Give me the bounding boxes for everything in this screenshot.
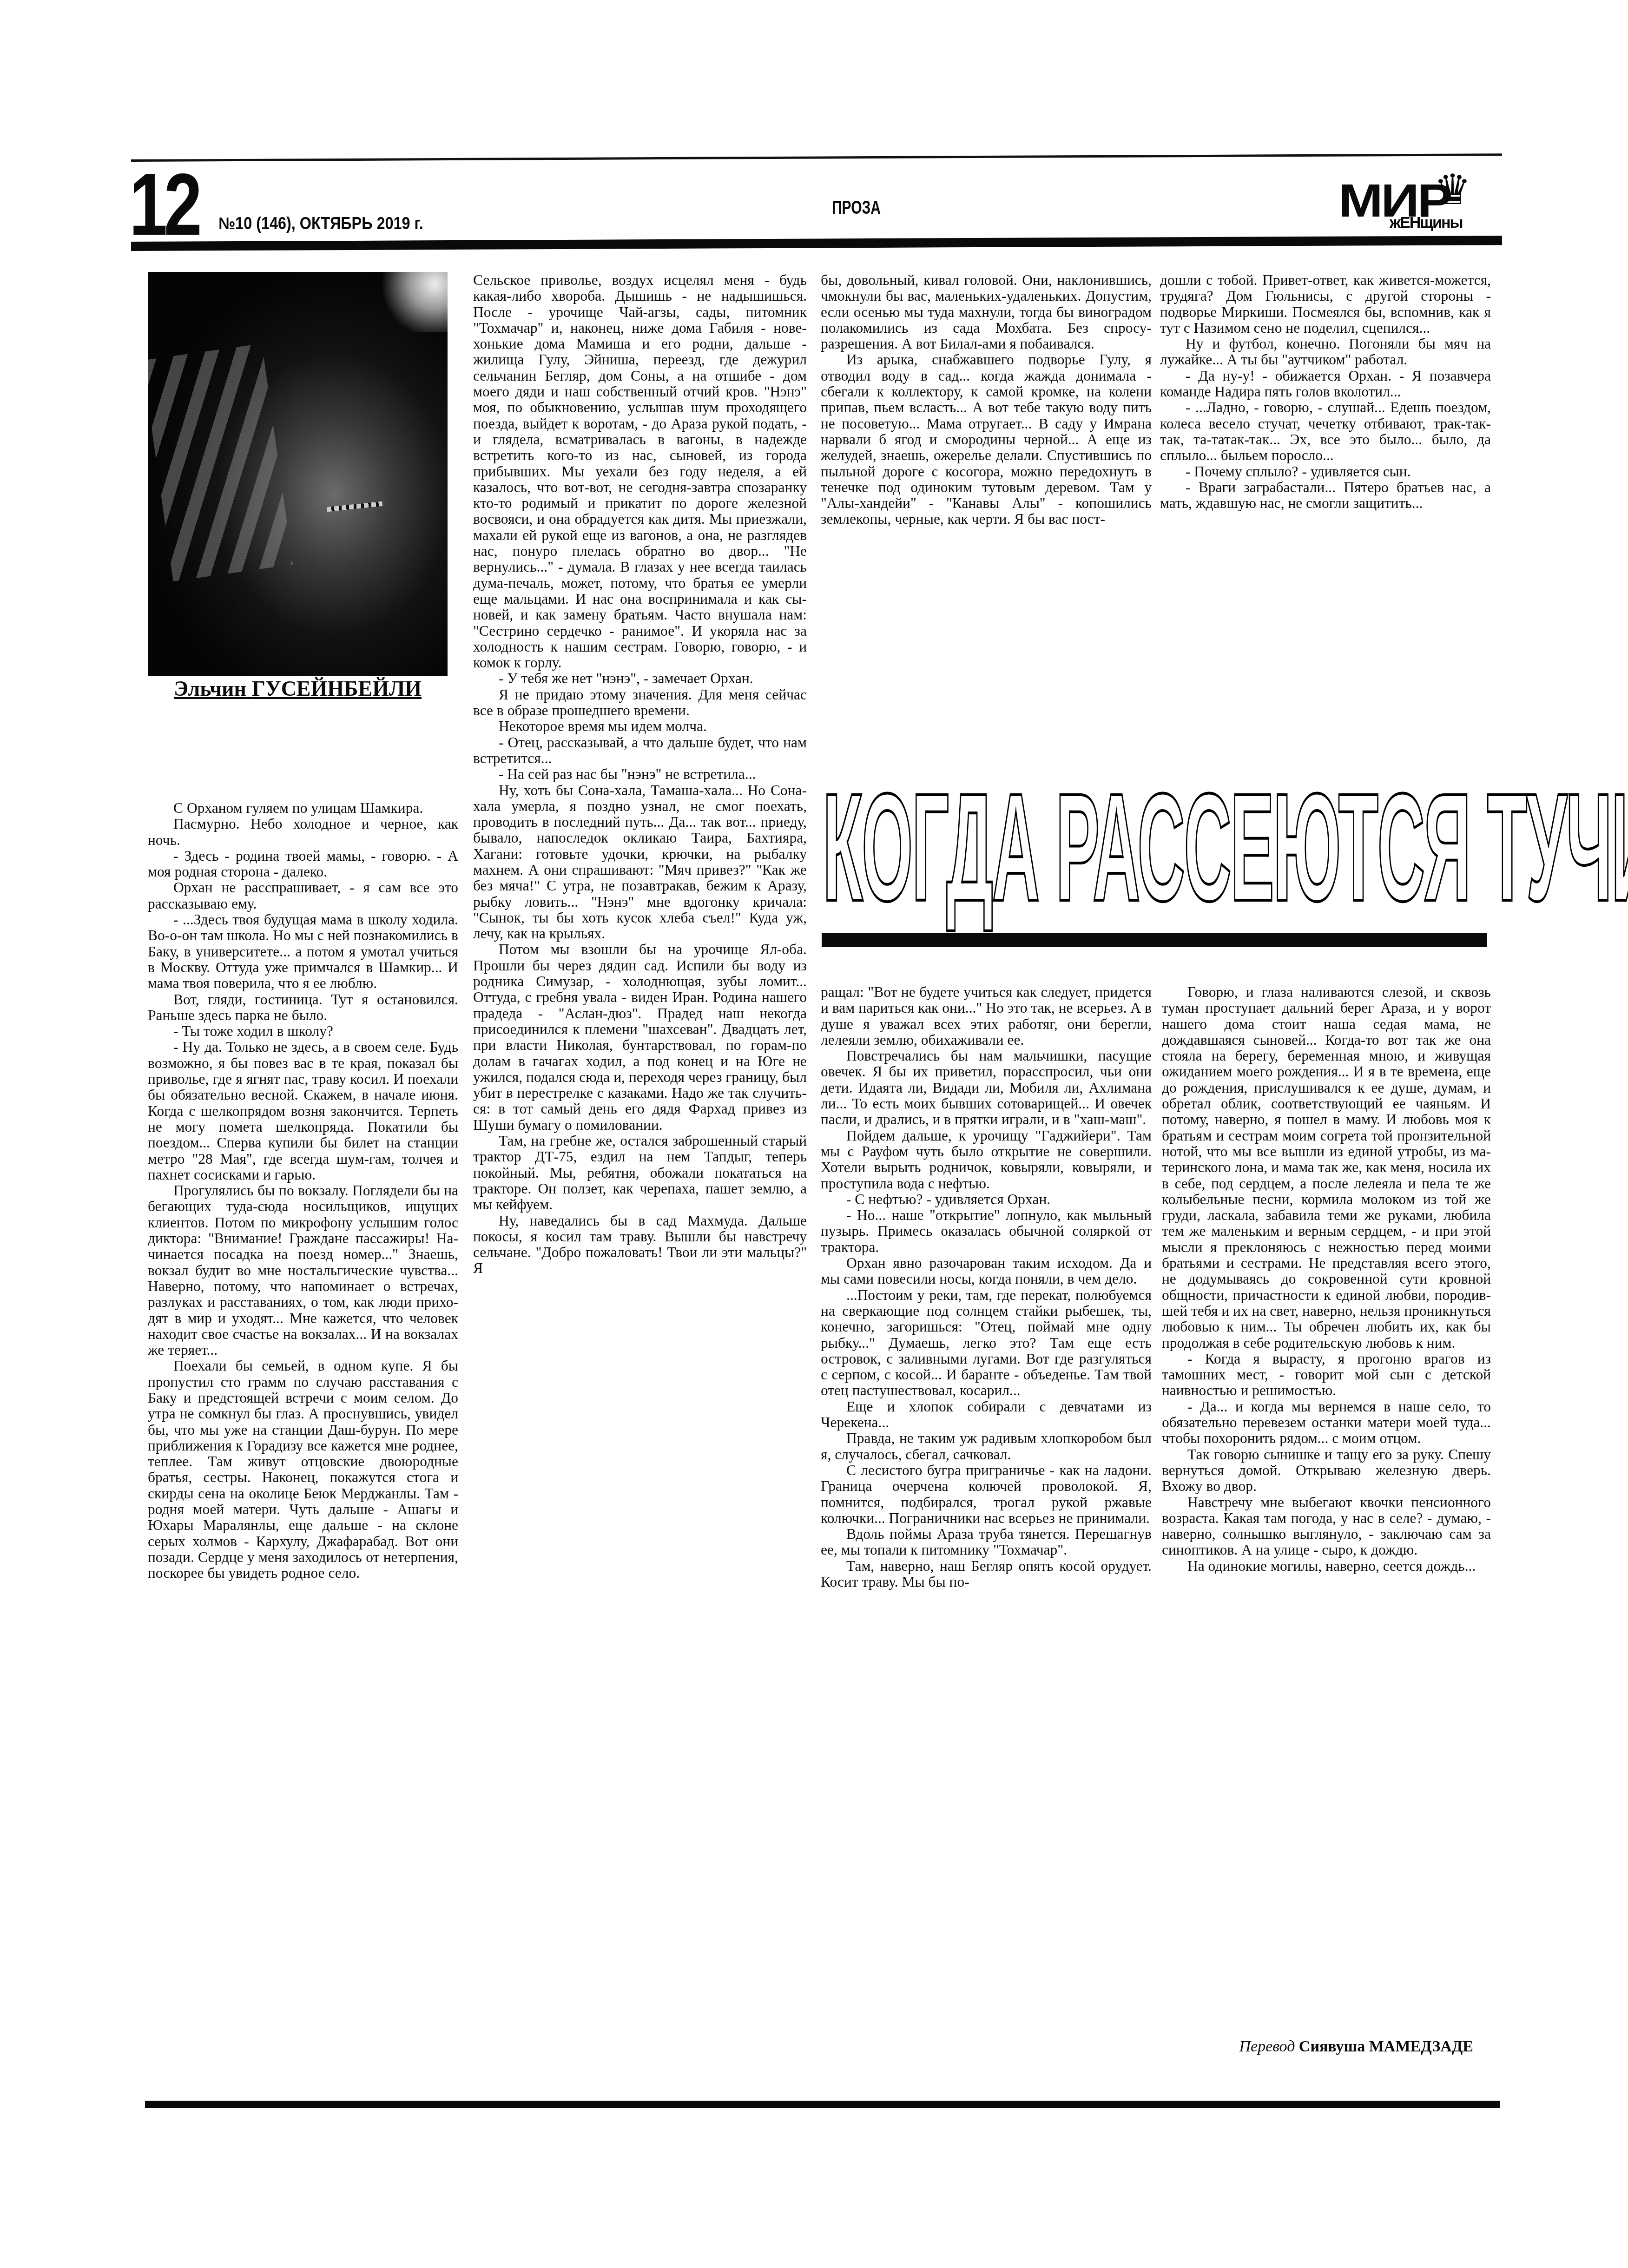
- paragraph: бы, довольный, кивал головой. Они, накло…: [821, 272, 1152, 352]
- paragraph: - У тебя же нет "нэнэ", - замечает Орхан…: [473, 671, 807, 686]
- issue-info: №10 (146), ОКТЯБРЬ 2019 г.: [218, 214, 423, 233]
- author-last-name: ГУСЕЙНБЕЙЛИ: [252, 677, 422, 700]
- paragraph: Вот, гляди, гостиница. Тут я остано­вилс…: [148, 992, 458, 1024]
- author-photo: [148, 272, 448, 676]
- paragraph: Ну и футбол, конечно. Погоняли бы мяч на…: [1160, 336, 1491, 368]
- paragraph: Я не придаю этому значения. Для меня сей…: [473, 687, 807, 719]
- paragraph: Потом мы взошли бы на урочище Ял-оба. Пр…: [473, 942, 807, 1133]
- translator-role: Перевод: [1239, 2038, 1295, 2055]
- paragraph: Говорю, и глаза наливаются слезой, и скв…: [1162, 984, 1491, 1351]
- paragraph: - С нефтью? - удивляется Орхан.: [821, 1192, 1152, 1207]
- paragraph: На одинокие могилы, наверно, сеет­ся дож…: [1162, 1558, 1491, 1574]
- paragraph: Правда, не таким уж радивым хлоп­коробом…: [821, 1431, 1152, 1463]
- section-label: ПРОЗА: [832, 198, 881, 218]
- paragraph: Так говорю сынишке и тащу его за руку. С…: [1162, 1447, 1491, 1495]
- header-bottom-rule: [131, 236, 1502, 251]
- paragraph: Пойдем дальше, к урочищу "Гаджи­йери". Т…: [821, 1128, 1152, 1192]
- paragraph: Там, наверно, наш Бегляр опять ко­сой ор…: [821, 1558, 1152, 1590]
- paragraph: Пасмурно. Небо холодное и черное, как но…: [148, 816, 458, 848]
- footer-rule: [145, 2101, 1500, 2108]
- photo-glare-detail: [382, 272, 448, 332]
- paragraph: - Враги заграбастали... Пятеро братьев н…: [1160, 480, 1491, 512]
- paragraph: - Но... наше "открытие" лопнуло, как мыл…: [821, 1207, 1152, 1255]
- column-2: Сельское приволье, воздух исцелял ме­ня …: [473, 272, 807, 1277]
- paragraph: Навстречу мне выбегают квочки пенсионног…: [1162, 1495, 1491, 1558]
- paragraph: Из арыка, снабжавшего подворье Гулу, я о…: [821, 352, 1152, 527]
- paragraph: ...Постоим у реки, там, где перекат, пол…: [821, 1287, 1152, 1399]
- paragraph: ращал: "Вот не будете учиться как сле­ду…: [821, 984, 1152, 1048]
- column-3-top: бы, довольный, кивал головой. Они, накло…: [821, 272, 1152, 527]
- paragraph: Ну, хоть бы Сона-хала, Тамаша-ха­ла... Н…: [473, 783, 807, 942]
- author-first-name: Эльчин: [174, 677, 246, 700]
- paragraph: Повстречались бы нам мальчишки, пасущие …: [821, 1048, 1152, 1127]
- article-title-banner: КОГДА РАССЕЮТСЯ ТУЧИ...: [823, 767, 1492, 927]
- paragraph: Ну, наведались бы в сад Махмуда. Дальше …: [473, 1213, 807, 1277]
- author-byline: Эльчин ГУСЕЙНБЕЙЛИ: [148, 676, 448, 701]
- paragraph: С Орханом гуляем по улицам Шам­кира.: [148, 800, 458, 816]
- paragraph: - ...Здесь твоя будущая мама в шко­лу хо…: [148, 912, 458, 991]
- paragraph: Орхан явно разочарован таким ис­ходом. Д…: [821, 1255, 1152, 1287]
- paragraph: Орхан не расспрашивает, - я сам все это …: [148, 880, 458, 912]
- column-4-top: дошли с тобой. Привет-ответ, как жи­ветс…: [1160, 272, 1491, 511]
- publication-logo: МИР ♛ жЕНщины: [1338, 167, 1492, 237]
- translator-credit: Перевод Сиявуша МАМЕДЗАДЕ: [1194, 2038, 1473, 2056]
- logo-figure-icon: ♛: [1434, 167, 1471, 214]
- paragraph: - Почему сплыло? - удивляется сын.: [1160, 464, 1491, 480]
- translator-name: Сиявуша МАМЕДЗАДЕ: [1299, 2038, 1473, 2055]
- paragraph: Вдоль поймы Араза труба тянется. Перешаг…: [821, 1526, 1152, 1558]
- paragraph: Прогулялись бы по вокзалу. Погля­дели бы…: [148, 1183, 458, 1358]
- column-3-bottom: ращал: "Вот не будете учиться как сле­ду…: [821, 984, 1152, 1590]
- page-number: 12: [129, 165, 198, 244]
- paragraph: Некоторое время мы идем молча.: [473, 719, 807, 734]
- paragraph: - На сей раз нас бы "нэнэ" не встре­тила…: [473, 766, 807, 782]
- paragraph: Сельское приволье, воздух исцелял ме­ня …: [473, 272, 807, 671]
- photo-hand-detail: [148, 343, 293, 581]
- photo-smile-detail: [327, 501, 382, 512]
- paragraph: - Да... и когда мы вернемся в наше село,…: [1162, 1399, 1491, 1447]
- paragraph: - Когда я вырасту, я прогоню врагов из т…: [1162, 1351, 1491, 1399]
- column-4-bottom: Говорю, и глаза наливаются слезой, и скв…: [1162, 984, 1491, 1574]
- paragraph: - Отец, рассказывай, а что дальше будет,…: [473, 735, 807, 767]
- paragraph: - ...Ладно, - говорю, - слушай... Едешь …: [1160, 400, 1491, 463]
- paragraph: - Здесь - родина твоей мамы, - гово­рю. …: [148, 848, 458, 880]
- title-underline-bar: [822, 933, 1487, 947]
- article-title: КОГДА РАССЕЮТСЯ ТУЧИ...: [823, 771, 1628, 924]
- paragraph: - Ты тоже ходил в школу?: [148, 1023, 458, 1039]
- paragraph: Еще и хлопок собирали с девчатами из Чер…: [821, 1399, 1152, 1431]
- paragraph: С лесистого бугра приграничье - как на л…: [821, 1463, 1152, 1526]
- paragraph: - Да ну-у! - обижается Орхан. - Я позавч…: [1160, 368, 1491, 400]
- header-top-rule: [131, 153, 1502, 162]
- column-1: С Орханом гуляем по улицам Шам­кира. Пас…: [148, 800, 458, 1582]
- paragraph: дошли с тобой. Привет-ответ, как жи­ветс…: [1160, 272, 1491, 336]
- paragraph: Там, на гребне же, остался забро­шенный …: [473, 1133, 807, 1213]
- paragraph: Поехали бы семьей, в одном купе. Я бы пр…: [148, 1358, 458, 1581]
- paragraph: - Ну да. Только не здесь, а в своем селе…: [148, 1039, 458, 1183]
- logo-subtitle: жЕНщины: [1390, 214, 1463, 232]
